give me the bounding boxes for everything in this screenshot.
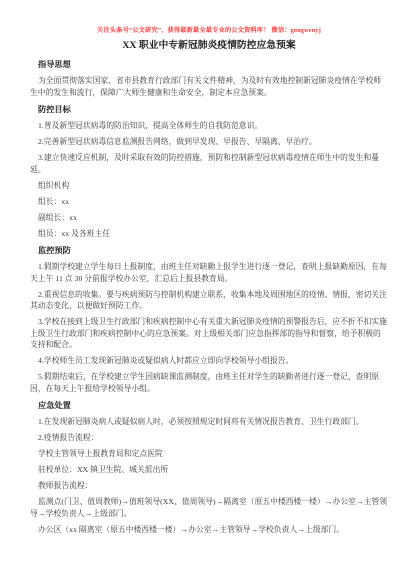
document-page: 关注头条号“公文研究”，获得最新最全最专业的公文资料库！ 微信：gongweny…: [0, 0, 408, 580]
heading-guiding-ideology: 指导思想: [30, 59, 388, 71]
monitoring-item-2: 2.重视信息的收集。要与疾病预防与控制机构建立联系，收集本地及周围地区的疫情、情…: [30, 289, 388, 312]
goal-item-3: 3.建立快速反应机制，及时采取有效的防控措施，预防和控制新型冠状病毒疫情在师生中…: [30, 152, 388, 175]
office-area-report-flow-chain: 办公区（xx 隔离室（原五中楼西楼一楼）→办公室→主管领导→学校负责人→上级部门…: [30, 524, 388, 536]
monitoring-item-3: 3.学校在接到上级卫生行政部门和疾病控制中心有关重大新冠肺炎疫情的预警报告后，应…: [30, 316, 388, 351]
emergency-item-1: 1.在发现新冠肺炎病人或疑似病人时，必须按照规定时间将有关情况报告教育、卫生行政…: [30, 416, 388, 428]
emergency-item-2-report-flow-label: 2.疫情报告流程：: [30, 432, 388, 444]
goal-item-1: 1.普及新型冠状病毒的防治知识，提高全体师生的自我防范意识。: [30, 120, 388, 132]
heading-monitoring-prevention: 监控预防: [30, 245, 388, 257]
monitoring-item-5: 5.假期结束后，在学校建立学生因病缺课监测制度，由班主任对学生的缺勤者进行逐一登…: [30, 371, 388, 394]
report-flow-school-leader: 学校主管领导上报教育局和定点医院: [30, 448, 388, 460]
org-members: 组员：xx 及各班主任: [30, 228, 388, 240]
org-leader: 组长：xx: [30, 196, 388, 208]
report-flow-resident-units: 驻校单位：XX 镇卫生院、城关派出所: [30, 464, 388, 476]
org-structure-label: 组织机构: [30, 180, 388, 192]
goal-item-2: 2.完善新型冠状病毒信息监测报告网络，做到早发现、早报告、早隔离、早治疗。: [30, 136, 388, 148]
teacher-report-flow-label: 教师报告流程：: [30, 480, 388, 492]
monitoring-item-4: 4.学校师生员工发现新冠肺炎或疑似病人时都应立即向学校领导小组报告。: [30, 355, 388, 367]
org-deputy-leader: 副组长：xx: [30, 212, 388, 224]
monitoring-item-1: 1.假期学校建立学生每日上报制度，由班主任对缺勤上报学生进行逐一登记，查明上报缺…: [30, 261, 388, 284]
para-guiding-ideology: 为全面贯彻落实国家、省市县教育行政部门有关文件精神，为及时有效地控制新冠肺炎疫情…: [30, 75, 388, 98]
teacher-report-flow-chain: 监测点(门卫、值周教师)→值班领导(XX、值周领导)→隔离室（原五中楼西楼一楼）…: [30, 496, 388, 519]
document-title: XX 职业中专新冠肺炎疫情防控应急预案: [30, 39, 388, 52]
heading-emergency-response: 应急处置: [30, 400, 388, 412]
watermark-notice: 关注头条号“公文研究”，获得最新最全最专业的公文资料库！ 微信：gongweny…: [30, 27, 388, 34]
heading-prevention-goals: 防控目标: [30, 104, 388, 116]
